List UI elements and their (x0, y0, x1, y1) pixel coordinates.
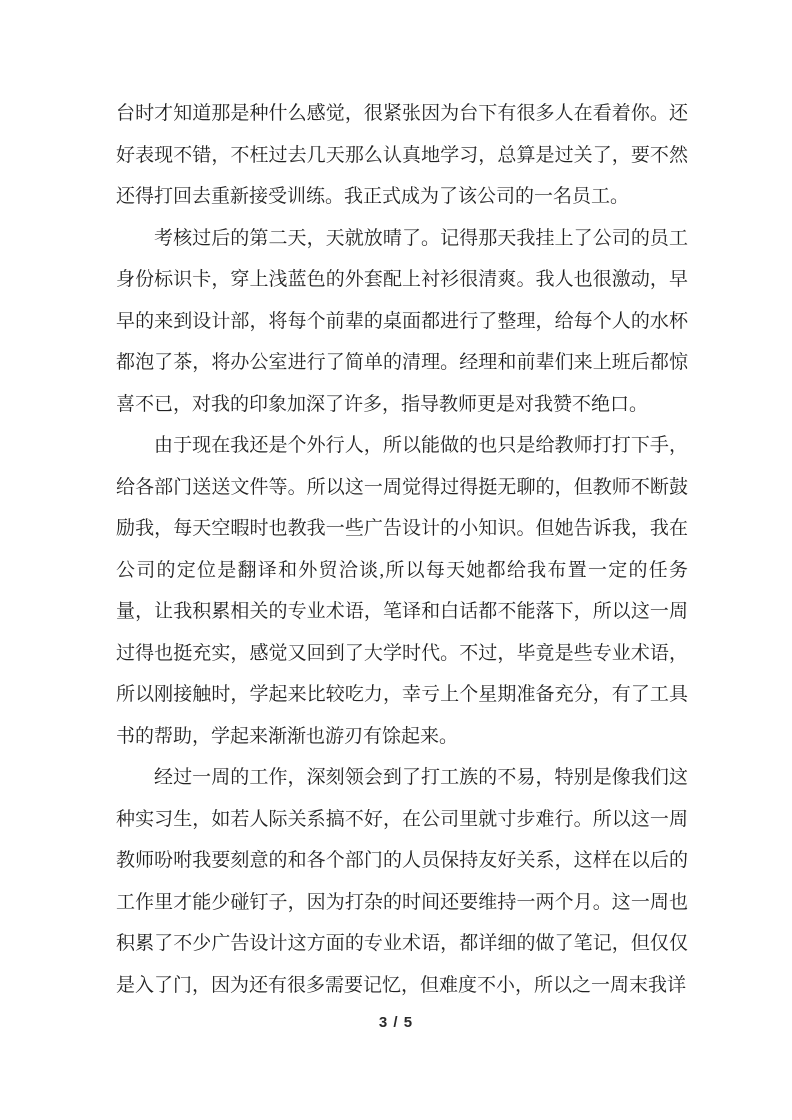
body-paragraph: 考核过后的第二天，天就放晴了。记得那天我挂上了公司的员工身份标识卡，穿上浅蓝色的… (116, 218, 688, 426)
body-paragraph: 经过一周的工作，深刻领会到了打工族的不易，特别是像我们这种实习生，如若人际关系搞… (116, 757, 688, 1006)
document-page: 台时才知道那是种什么感觉，很紧张因为台下有很多人在看着你。还好表现不错，不枉过去… (0, 0, 792, 1120)
body-paragraph: 由于现在我还是个外行人，所以能做的也只是给教师打打下手，给各部门送送文件等。所以… (116, 425, 688, 757)
page-number: 3 / 5 (0, 1014, 792, 1031)
document-body: 台时才知道那是种什么感觉，很紧张因为台下有很多人在看着你。还好表现不错，不枉过去… (116, 93, 688, 1006)
body-paragraph: 台时才知道那是种什么感觉，很紧张因为台下有很多人在看着你。还好表现不错，不枉过去… (116, 93, 688, 218)
